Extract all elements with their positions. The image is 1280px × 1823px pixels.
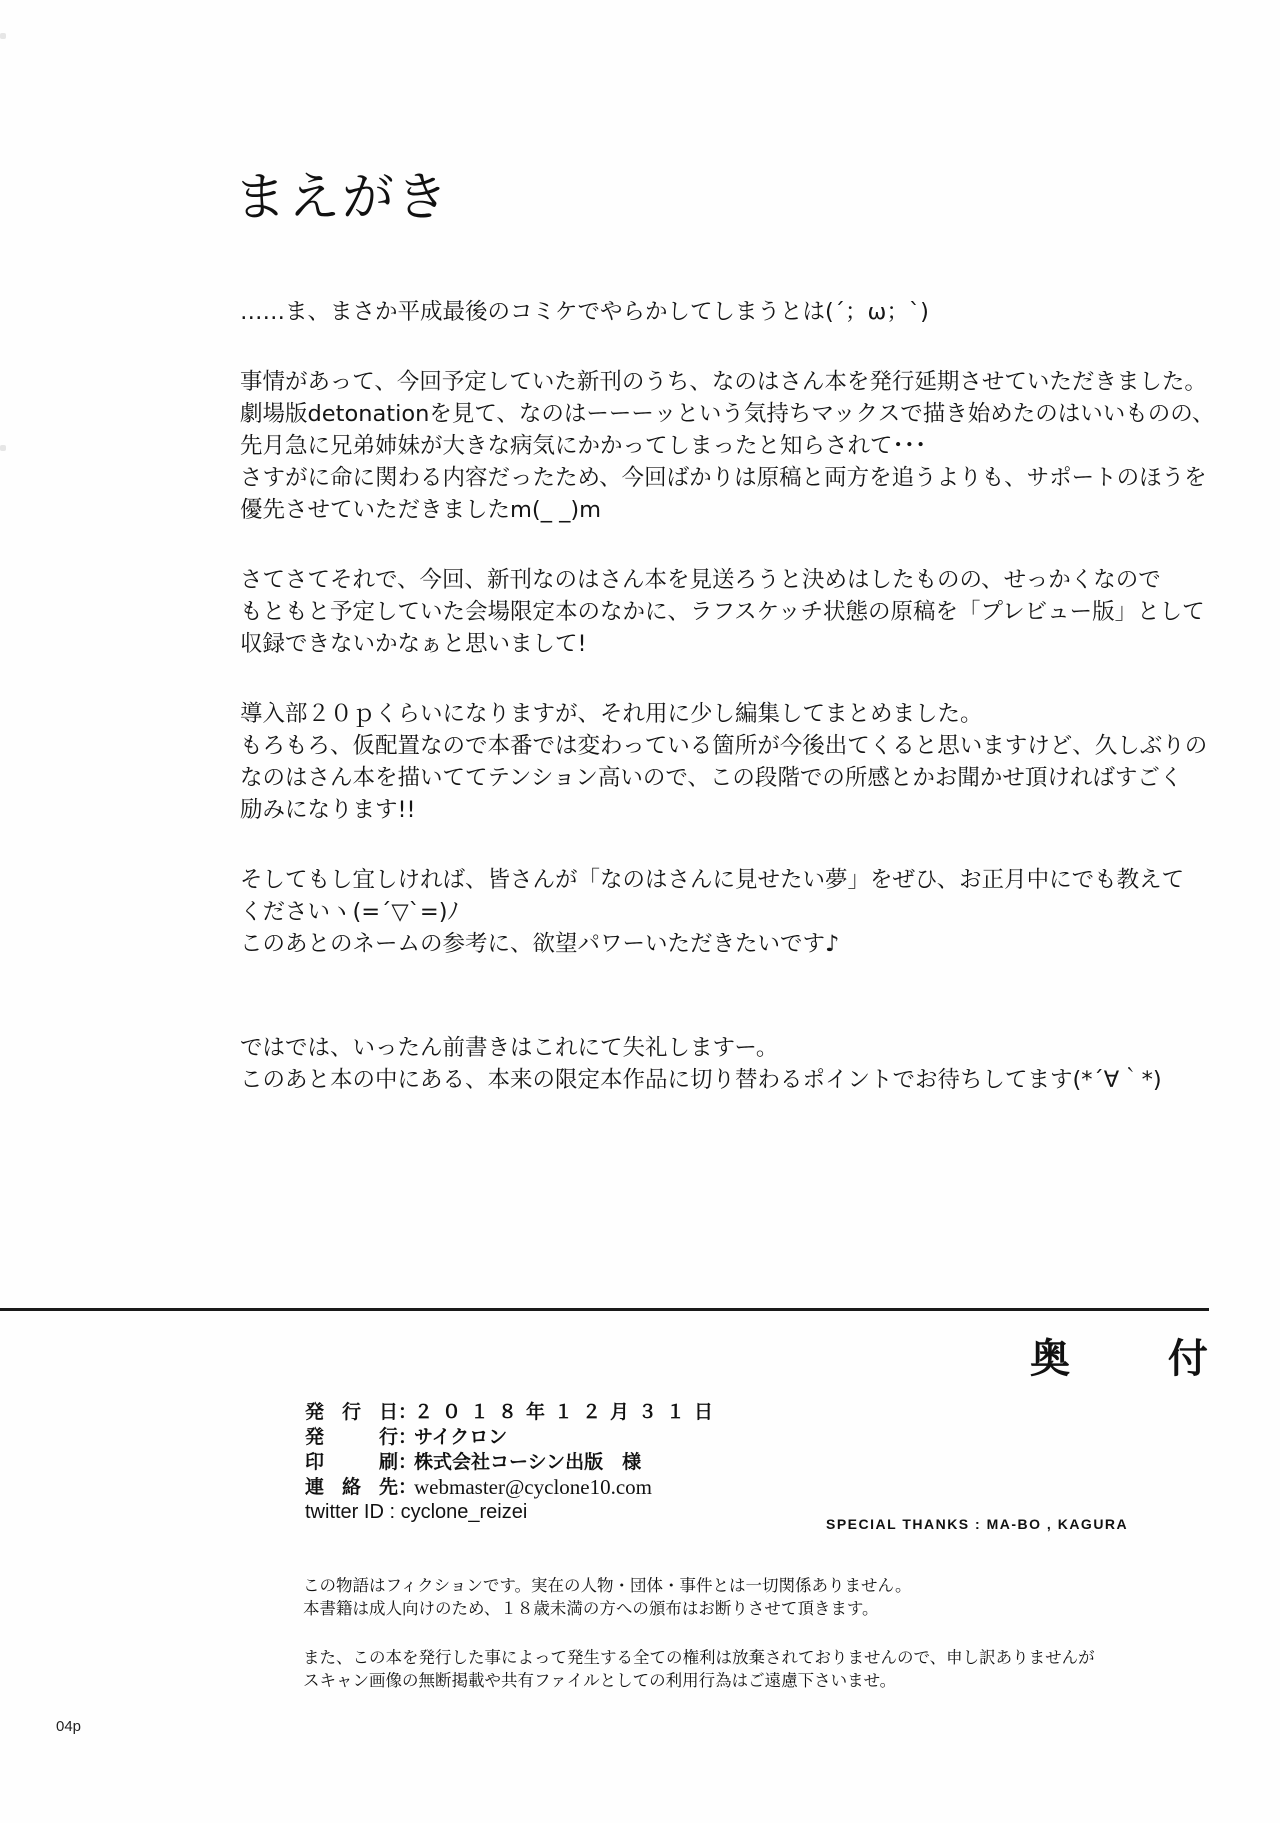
contact-email: webmaster@cyclone10.com bbox=[414, 1475, 652, 1500]
colophon-label: 発行日 bbox=[305, 1400, 398, 1425]
special-thanks: SPECIAL THANKS : MA-BO , KAGURA bbox=[826, 1516, 1128, 1532]
preface-line: このあと本の中にある、本来の限定本作品に切り替わるポイントでお待ちしてます(*´… bbox=[240, 1064, 1200, 1096]
colophon-row-date: 発行日 ： ２０１８年１２月３１日 bbox=[305, 1400, 722, 1425]
preface-line: 事情があって、今回予定していた新刊のうち、なのはさん本を発行延期させていただきま… bbox=[240, 366, 1200, 398]
preface-line: くださいヽ(=´▽`=)ﾉ bbox=[240, 896, 1200, 928]
scan-artifact bbox=[0, 33, 6, 39]
preface-line: 優先させていただきましたm(_ _)m bbox=[240, 494, 1200, 526]
colophon-value: 株式会社コーシン出版 様 bbox=[414, 1450, 641, 1475]
preface-line: さすがに命に関わる内容だったため、今回ばかりは原稿と両方を追うよりも、サポートの… bbox=[240, 462, 1200, 494]
preface-line: ……ま、まさか平成最後のコミケでやらかしてしまうとは(´；ω；`) bbox=[240, 296, 1200, 328]
disclaimer-line: この物語はフィクションです。実在の人物・団体・事件とは一切関係ありません。 bbox=[303, 1574, 1095, 1597]
colophon-row-twitter: twitter ID : cyclone_reizei bbox=[305, 1500, 722, 1525]
colophon-value: サイクロン bbox=[414, 1425, 507, 1450]
section-divider bbox=[0, 1308, 1209, 1311]
preface-line: もろもろ、仮配置なので本番では変わっている箇所が今後出てくると思いますけど、久し… bbox=[240, 730, 1200, 762]
preface-line: 収録できないかなぁと思いまして! bbox=[240, 628, 1200, 660]
colophon-row-contact: 連絡先 ： webmaster@cyclone10.com bbox=[305, 1475, 722, 1500]
preface-line: 導入部２０ｐくらいになりますが、それ用に少し編集してまとめました。 bbox=[240, 698, 1200, 730]
preface-line: 劇場版detonationを見て、なのはーーーッという気持ちマックスで描き始めた… bbox=[240, 398, 1200, 430]
colophon-label: 連絡先 bbox=[305, 1475, 398, 1500]
preface-line: そしてもし宜しければ、皆さんが「なのはさんに見せたい夢」をぜひ、お正月中にでも教… bbox=[240, 864, 1200, 896]
scan-artifact bbox=[0, 445, 6, 451]
page-number: 04p bbox=[56, 1718, 81, 1735]
twitter-id: twitter ID : cyclone_reizei bbox=[305, 1500, 527, 1525]
disclaimer-line: また、この本を発行した事によって発生する全ての権利は放棄されておりませんので、申… bbox=[303, 1646, 1095, 1669]
colophon-label: 印刷 bbox=[305, 1450, 398, 1475]
colophon-value: ２０１８年１２月３１日 bbox=[414, 1400, 722, 1425]
preface-line: ではでは、いったん前書きはこれにて失礼しますー。 bbox=[240, 1032, 1200, 1064]
special-thanks-names: MA-BO , KAGURA bbox=[987, 1516, 1129, 1532]
preface-line: さてさてそれで、今回、新刊なのはさん本を見送ろうと決めはしたものの、せっかくなの… bbox=[240, 564, 1200, 596]
preface-line: このあとのネームの参考に、欲望パワーいただきたいです♪ bbox=[240, 928, 1200, 960]
colophon-details: 発行日 ： ２０１８年１２月３１日 発行 ： サイクロン 印刷 ： 株式会社コー… bbox=[305, 1400, 722, 1525]
colophon-row-publisher: 発行 ： サイクロン bbox=[305, 1425, 722, 1450]
disclaimer-line: 本書籍は成人向けのため、１８歳未満の方への頒布はお断りさせて頂きます。 bbox=[303, 1597, 1095, 1620]
preface-title: まえがき bbox=[234, 168, 450, 228]
disclaimer: この物語はフィクションです。実在の人物・団体・事件とは一切関係ありません。 本書… bbox=[303, 1574, 1095, 1692]
preface-body: ……ま、まさか平成最後のコミケでやらかしてしまうとは(´；ω；`) 事情があって… bbox=[240, 296, 1200, 1096]
preface-line: 先月急に兄弟姉妹が大きな病気にかかってしまったと知らされて･･･ bbox=[240, 430, 1200, 462]
colophon-title: 奥 付 bbox=[1030, 1335, 1250, 1383]
disclaimer-line: スキャン画像の無断掲載や共有ファイルとしての利用行為はご遠慮下さいませ。 bbox=[303, 1669, 1095, 1692]
book-page: まえがき ……ま、まさか平成最後のコミケでやらかしてしまうとは(´；ω；`) 事… bbox=[0, 0, 1280, 1823]
preface-line: 励みになります!! bbox=[240, 794, 1200, 826]
colophon-label: 発行 bbox=[305, 1425, 398, 1450]
special-thanks-label: SPECIAL THANKS bbox=[826, 1516, 970, 1532]
preface-line: なのはさん本を描いててテンション高いので、この段階での所感とかお聞かせ頂ければす… bbox=[240, 762, 1200, 794]
colophon-row-printer: 印刷 ： 株式会社コーシン出版 様 bbox=[305, 1450, 722, 1475]
preface-line: もともと予定していた会場限定本のなかに、ラフスケッチ状態の原稿を「プレビュー版」… bbox=[240, 596, 1200, 628]
